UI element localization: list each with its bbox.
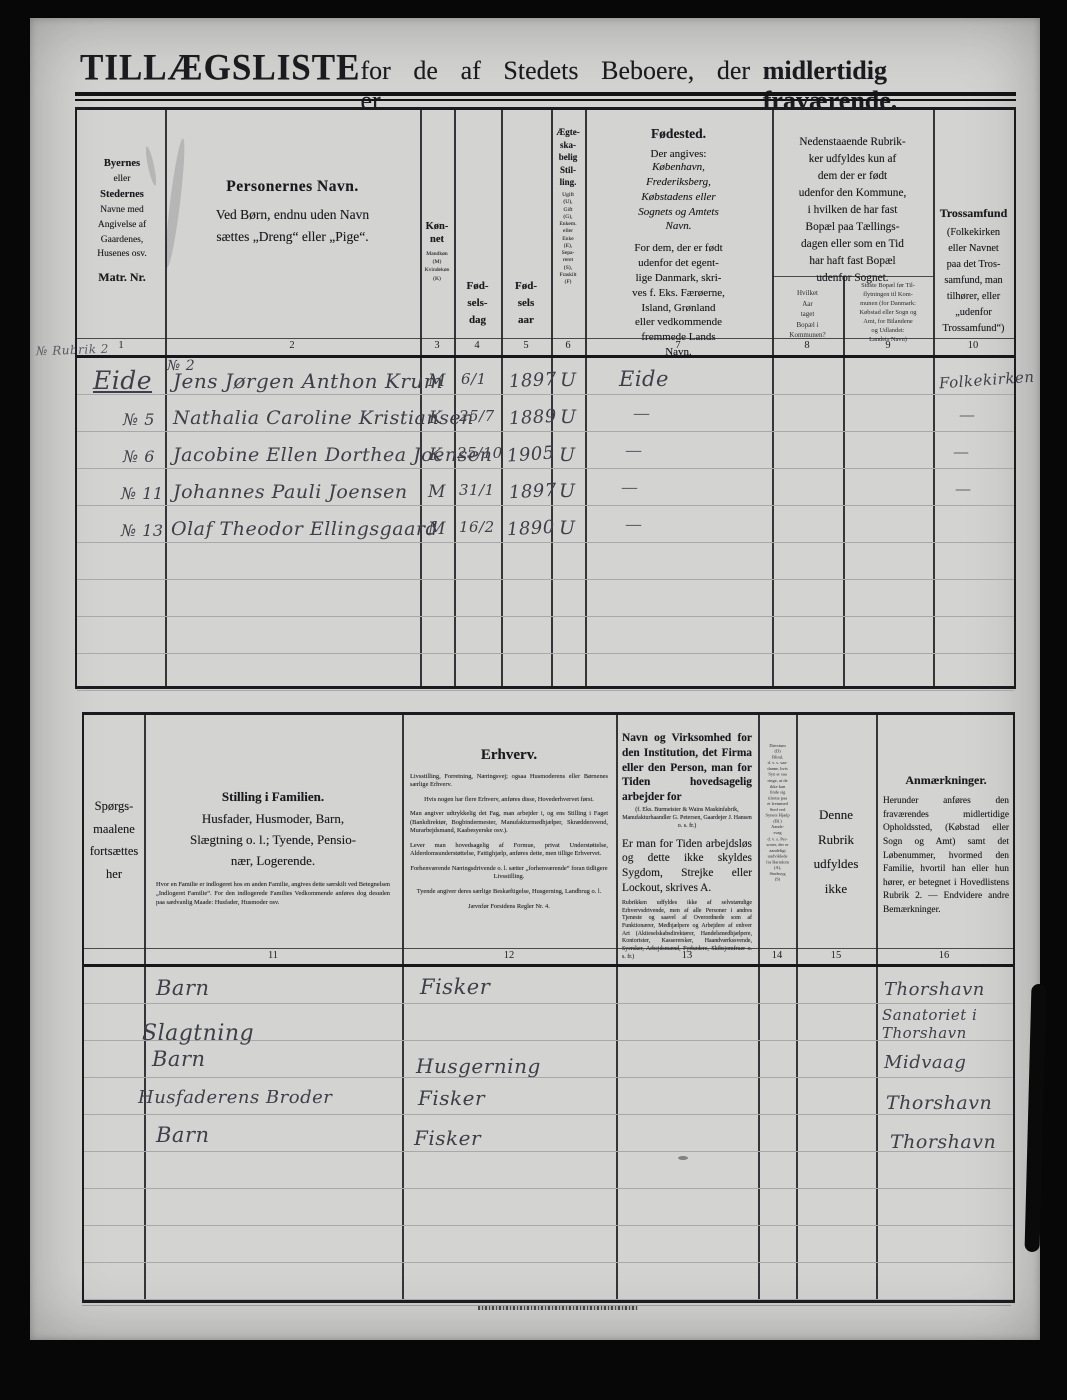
table-row: № 6 Jacobine Ellen Dorthea Joensen K 25/…: [77, 432, 1014, 469]
cell-name: Jens Jørgen Anthon Krum: [173, 371, 443, 391]
col-header-birth-day: Fød- sels- dag: [454, 278, 501, 329]
cell-birth-day: 31/1: [459, 483, 495, 498]
column-number: 12: [504, 950, 515, 961]
cell-birth-year: 1889: [509, 408, 558, 428]
column-number: 14: [772, 950, 783, 961]
cell-remarks: Thorshavn: [884, 981, 985, 999]
cell-birth-day: 6/1: [461, 372, 487, 387]
cell-marital-status: U: [559, 482, 576, 501]
col-header-occupation: Erhverv. Livsstilling, Forretning, Nærin…: [410, 747, 608, 910]
cell-birth-day: 25/7: [459, 409, 495, 424]
cell-marital-status: U: [559, 446, 576, 465]
title-rule: [75, 92, 1016, 101]
bottom-hairline: [82, 1305, 1011, 1306]
column-number: 15: [831, 950, 842, 961]
column-number: 7: [675, 340, 680, 351]
cell-sex: M: [428, 484, 446, 501]
table-row: № 13 Olaf Theodor Ellingsgaard M 16/2 18…: [77, 506, 1014, 543]
table-row: Eide № 2 Jens Jørgen Anthon Krum M 6/1 1…: [77, 358, 1014, 395]
page-title: TILLÆGSLISTE for de af Stedets Beboere, …: [80, 48, 1018, 116]
table-row: № 5 Nathalia Caroline Kristiansen K 25/7…: [77, 395, 1014, 432]
continuation-table: Spørgs- maalene fortsættes her Stilling …: [82, 712, 1015, 1303]
cell-occupation: Fisker: [414, 1128, 481, 1148]
cell-occupation: Fisker: [420, 977, 490, 998]
cell-name: Olaf Theodor Ellingsgaard: [171, 520, 438, 539]
cell-birth-year: 1897: [509, 371, 558, 391]
column-number: 2: [289, 340, 294, 351]
col-header-not-filled: Denne Rubrik udfyldes ikke: [796, 803, 876, 902]
table-row: Barn Fisker Thorshavn: [84, 967, 1013, 1004]
printer-imprint: [478, 1306, 638, 1310]
cell-name: Johannes Pauli Joensen: [173, 483, 408, 502]
cell-place: Eide: [93, 368, 152, 393]
cell-birth-day: 25/10: [457, 446, 503, 461]
col-header-questions-continued: Spørgs- maalene fortsættes her: [84, 795, 144, 885]
table-row: Barn Husgerning Midvaag: [84, 1041, 1013, 1078]
column-number: 13: [682, 950, 693, 961]
col-header-birthplace: Fødested. Der angives: København, Freder…: [585, 126, 772, 360]
table-row: № 11 Johannes Pauli Joensen M 31/1 1897 …: [77, 469, 1014, 506]
cell-matr-no: № 13: [121, 523, 164, 539]
cell-matr-no: № 5: [123, 412, 155, 428]
cell-remarks: Sanatoriet i Thorshavn: [882, 1006, 977, 1044]
cell-birth-year: 1897: [509, 482, 558, 502]
col-header-last-residence: Sidste Bopæl før Til- flytningen til Kom…: [845, 282, 931, 345]
cell-birthplace: —: [625, 517, 644, 534]
column-number: 4: [474, 340, 479, 351]
column-number: 10: [968, 340, 979, 351]
col-header-moved-group: Nedenstaaende Rubrik- ker udfyldes kun a…: [774, 134, 931, 286]
cell-sex: M: [428, 373, 446, 390]
cell-birthplace: —: [621, 480, 640, 497]
paper-sheet: TILLÆGSLISTE for de af Stedets Beboere, …: [30, 18, 1040, 1340]
col-header-name: Personernes Navn. Ved Børn, endnu uden N…: [165, 178, 420, 249]
cell-name: Jacobine Ellen Dorthea Joensen: [173, 446, 492, 465]
cell-family-position: Husfaderens Broder: [138, 1089, 332, 1107]
column-number: 3: [434, 340, 439, 351]
table-row: Husfaderens Broder Fisker Thorshavn: [84, 1078, 1013, 1115]
cell-birthplace: —: [625, 443, 644, 460]
col-header-marital-status: Ægte- ska- belig Stil- ling. Ugift (U), …: [551, 126, 585, 286]
number-row-rule: [77, 338, 1014, 339]
scan-artifact: [1024, 984, 1046, 1252]
cell-family-position: Barn: [156, 1125, 210, 1146]
col-header-disabilities: Døvstum (D) Blind, d. v. s. saa- danne, …: [758, 743, 796, 961]
cell-sex: K: [429, 447, 442, 464]
cell-matr-no: № 6: [123, 449, 155, 465]
cell-birthplace: —: [633, 406, 652, 423]
column-number: 1: [118, 340, 123, 351]
cell-occupation: Husgerning: [416, 1056, 541, 1076]
cell-birth-year: 1890: [507, 519, 556, 539]
cell-marital-status: U: [559, 519, 576, 538]
cell-family-position: Barn: [152, 1049, 206, 1070]
col-header-sex: Køn- net Mandkøn (M) Kvindekøn (K): [420, 220, 454, 283]
cell-remarks: Midvaag: [884, 1054, 966, 1072]
cell-marital-status: U: [560, 408, 577, 427]
cell-remarks: Thorshavn: [890, 1133, 996, 1152]
column-number: 11: [268, 950, 278, 961]
cell-birth-year: 1905: [506, 444, 555, 465]
column-number: 8: [804, 340, 809, 351]
cell-matr-no: № 11: [121, 486, 164, 502]
cell-sex: K: [429, 410, 442, 427]
col-header-family-position: Stilling i Familien. Husfader, Husmoder,…: [150, 789, 396, 907]
column-number: 5: [523, 340, 528, 351]
column-number: 16: [939, 950, 950, 961]
table-row: Barn Fisker Thorshavn: [84, 1115, 1013, 1152]
cell-religion: —: [953, 444, 971, 460]
cell-religion: —: [955, 481, 973, 497]
cell-sex: M: [428, 521, 446, 538]
cell-birthplace: Eide: [619, 369, 669, 390]
absent-persons-table: Byernes eller Stedernes Navne med Angive…: [75, 107, 1016, 689]
scanned-census-page: TILLÆGSLISTE for de af Stedets Beboere, …: [0, 0, 1067, 1400]
cell-occupation: Fisker: [418, 1088, 485, 1108]
col-header-remarks: Anmærkninger. Herunder anføres den fravæ…: [883, 773, 1009, 918]
col-header-birth-year: Fød- sels aar: [501, 278, 551, 329]
cell-family-position: Barn: [156, 978, 210, 999]
scan-artifact: [678, 1156, 688, 1160]
col-header-employer: Navn og Virksomhed for den Institution, …: [622, 731, 752, 961]
cell-religion: —: [959, 407, 977, 423]
number-row-rule: [84, 948, 1013, 949]
cell-birth-day: 16/2: [459, 520, 495, 535]
table-row: Slagtning Sanatoriet i Thorshavn: [84, 1004, 1013, 1041]
col-header-religion: Trossamfund (Folkekirken eller Navnet pa…: [935, 206, 1012, 337]
column-number: 9: [885, 340, 890, 351]
page-title-word-main: TILLÆGSLISTE: [80, 47, 360, 89]
cell-marital-status: U: [560, 371, 577, 390]
cell-religion: Folkekirken: [939, 370, 1035, 392]
column-number: 6: [565, 340, 570, 351]
col-header-year-moved: Hvilket Aar taget Bopæl i Kommunen?: [772, 288, 843, 341]
cell-remarks: Thorshavn: [886, 1094, 992, 1113]
